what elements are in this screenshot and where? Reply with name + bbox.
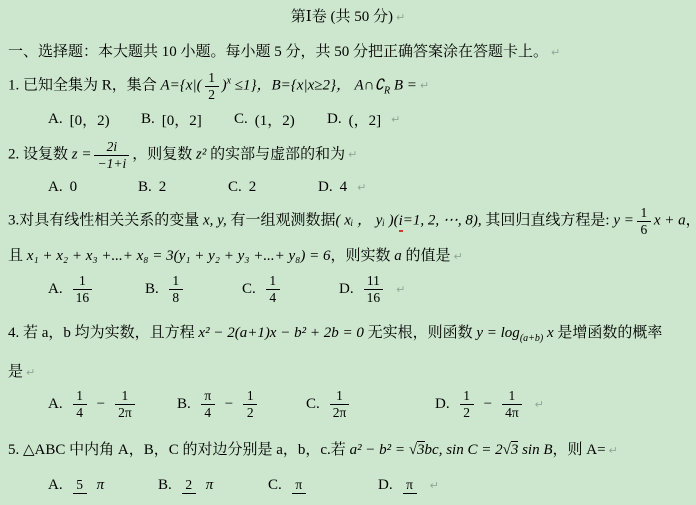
option-label: A. bbox=[48, 281, 63, 298]
option-label: C. bbox=[306, 396, 320, 413]
z-squared: z² bbox=[196, 146, 206, 162]
paragraph-mark-icon: ↵ bbox=[454, 250, 463, 263]
minus-sign: − bbox=[97, 396, 105, 413]
paragraph-mark-icon: ↵ bbox=[396, 283, 405, 296]
question-3-stem-line-2: 且 x₁ + x₂ + x₃ +...+ x₈ = 3(y₁ + y₂ + y₃… bbox=[8, 244, 688, 265]
option-label: B. bbox=[145, 281, 159, 298]
option-a: A.5π bbox=[48, 477, 158, 494]
option-c: C.2 bbox=[228, 179, 318, 196]
radical-icon: √ bbox=[409, 442, 417, 458]
exam-page: 第Ⅰ卷 (共 50 分)↵ 一、选择题：本大题共 10 小题。每小题 5 分，共… bbox=[0, 0, 696, 494]
paragraph-mark-icon: ↵ bbox=[396, 11, 405, 24]
question-3-options: A.116 B.18 C.14 D.1116↵ bbox=[48, 273, 688, 305]
option-text: 2 bbox=[159, 179, 167, 196]
option-text: 4 bbox=[340, 179, 348, 196]
radical-icon: √ bbox=[503, 442, 511, 458]
fraction: 12 bbox=[243, 388, 257, 420]
option-d: D.4↵ bbox=[318, 179, 408, 196]
option-label: D. bbox=[327, 111, 342, 128]
option-label: D. bbox=[339, 281, 354, 298]
paragraph-mark-icon: ↵ bbox=[357, 181, 366, 194]
minus-sign: − bbox=[484, 396, 492, 413]
option-c: C.π bbox=[268, 477, 378, 494]
option-label: A. bbox=[48, 396, 63, 413]
option-b: B.2π bbox=[158, 477, 268, 494]
log-function: y = log bbox=[476, 325, 519, 341]
fraction-clipped: π bbox=[403, 477, 417, 494]
option-label: C. bbox=[242, 281, 256, 298]
heading-text: 一、选择题：本大题共 10 小题。每小题 5 分，共 50 分把正确答案涂在答题… bbox=[8, 44, 548, 60]
option-d: D.(，2]↵ bbox=[327, 109, 420, 130]
fraction: 1116 bbox=[364, 273, 384, 305]
question-4-options: A.14−12π B.π4−12 C.12π D.12−14π↵ bbox=[48, 388, 688, 420]
q3-text: 3.对具有线性相关关系的变量 bbox=[8, 213, 203, 229]
option-b: B.2 bbox=[138, 179, 228, 196]
paragraph-mark-icon: ↵ bbox=[348, 148, 357, 161]
option-label: D. bbox=[378, 477, 393, 494]
paragraph-mark-icon: ↵ bbox=[535, 398, 544, 411]
option-text: [0，2) bbox=[70, 109, 110, 130]
q5-text: 5. △ABC 中内角 A，B，C 的对边分别是 a，b，c. bbox=[8, 442, 331, 458]
option-text: 0 bbox=[70, 179, 78, 196]
q1-set-a: A={x|( bbox=[161, 77, 202, 93]
paragraph-mark-icon: ↵ bbox=[551, 46, 560, 59]
q4-text: 4. 若 a，b 均为实数，且方程 bbox=[8, 325, 198, 341]
option-d: D.π↵ bbox=[378, 477, 488, 494]
fraction: 12 bbox=[460, 388, 474, 420]
sum-equation: x₁ + x₂ + x₃ +...+ x₈ = 3(y₁ + y₂ + y₃ +… bbox=[27, 248, 331, 264]
question-5-stem: 5. △ABC 中内角 A，B，C 的对边分别是 a，b，c.若 a² − b²… bbox=[8, 438, 688, 459]
option-label: C. bbox=[234, 111, 248, 128]
q1-text: 1. 已知全集为 R，集合 bbox=[8, 77, 161, 93]
option-b: B.18 bbox=[145, 273, 242, 305]
paragraph-mark-icon: ↵ bbox=[391, 113, 400, 126]
option-text: (，2] bbox=[349, 109, 382, 130]
option-text: [0，2] bbox=[162, 109, 202, 130]
section-heading: 一、选择题：本大题共 10 小题。每小题 5 分，共 50 分把正确答案涂在答题… bbox=[8, 40, 688, 61]
question-1-options: A.[0，2) B.[0，2] C.(1，2) D.(，2]↵ bbox=[48, 109, 688, 130]
paragraph-mark-icon: ↵ bbox=[609, 444, 618, 457]
option-label: B. bbox=[138, 179, 152, 196]
fraction-one-sixth: 16 bbox=[637, 205, 651, 237]
q1-set-b: B={x|x≥2}， bbox=[272, 77, 355, 93]
fraction: 14 bbox=[266, 273, 280, 305]
option-label: A. bbox=[48, 477, 63, 494]
question-3-stem-line-1: 3.对具有线性相关关系的变量 x, y, 有一组观测数据( xᵢ ， yᵢ )(… bbox=[8, 205, 688, 237]
q1-complement-expr: A∩∁ bbox=[354, 77, 384, 93]
option-c: C.14 bbox=[242, 273, 339, 305]
observation-pairs: ( xᵢ ， yᵢ )( bbox=[336, 213, 399, 229]
title-text: 第Ⅰ卷 (共 50 分) bbox=[291, 9, 393, 25]
fraction-clipped: 2 bbox=[182, 477, 196, 494]
option-label: D. bbox=[318, 179, 333, 196]
fraction: 18 bbox=[169, 273, 183, 305]
fraction: 14 bbox=[73, 388, 87, 420]
question-5-options: A.5π B.2π C.π D.π↵ bbox=[48, 477, 688, 494]
option-label: C. bbox=[268, 477, 282, 494]
option-a: A.14−12π bbox=[48, 388, 177, 420]
option-c: C.(1，2) bbox=[234, 109, 327, 130]
log-base: (a+b) bbox=[520, 333, 543, 344]
option-label: C. bbox=[228, 179, 242, 196]
option-text: 2 bbox=[249, 179, 257, 196]
option-label: A. bbox=[48, 111, 63, 128]
minus-sign: − bbox=[225, 396, 233, 413]
quadratic-equation: x² − 2(a+1)x − b² + 2b = 0 bbox=[198, 325, 363, 341]
fraction: 14π bbox=[502, 388, 522, 420]
option-label: A. bbox=[48, 179, 63, 196]
question-2-options: A.0 B.2 C.2 D.4↵ bbox=[48, 179, 688, 196]
paragraph-mark-icon: ↵ bbox=[420, 79, 429, 92]
fraction-clipped: π bbox=[292, 477, 306, 494]
q2-text: 2. 设复数 bbox=[8, 146, 72, 162]
question-4-stem-line-2: 是↵ bbox=[8, 360, 688, 381]
pi-symbol: π bbox=[97, 477, 105, 494]
paragraph-mark-icon: ↵ bbox=[26, 366, 35, 379]
fraction: π4 bbox=[201, 388, 215, 420]
pi-symbol: π bbox=[206, 477, 214, 494]
option-a: A.0 bbox=[48, 179, 138, 196]
fraction: 12π bbox=[330, 388, 350, 420]
paragraph-mark-icon: ↵ bbox=[430, 479, 439, 492]
question-2-stem: 2. 设复数 z =2i−1+i，则复数 z² 的实部与虚部的和为↵ bbox=[8, 139, 688, 171]
option-d: D.1116↵ bbox=[339, 273, 436, 305]
option-b: B.[0，2] bbox=[141, 109, 234, 130]
fraction: 12π bbox=[115, 388, 135, 420]
option-c: C.12π bbox=[306, 388, 435, 420]
fraction-one-half: 12 bbox=[205, 70, 219, 102]
fraction: 116 bbox=[73, 273, 93, 305]
option-b: B.π4−12 bbox=[177, 388, 306, 420]
option-label: B. bbox=[177, 396, 191, 413]
option-a: A.116 bbox=[48, 273, 145, 305]
fraction-clipped: 5 bbox=[73, 477, 87, 494]
option-label: D. bbox=[435, 396, 450, 413]
option-text: (1，2) bbox=[255, 109, 295, 130]
page-title: 第Ⅰ卷 (共 50 分)↵ bbox=[8, 5, 688, 26]
question-1-stem: 1. 已知全集为 R，集合 A={x|(12)x ≤1}，B={x|x≥2}， … bbox=[8, 70, 688, 102]
radicand-3: 3 bbox=[417, 441, 425, 458]
option-d: D.12−14π↵ bbox=[435, 388, 564, 420]
option-a: A.[0，2) bbox=[48, 109, 141, 130]
option-label: B. bbox=[141, 111, 155, 128]
question-4-stem-line-1: 4. 若 a，b 均为实数，且方程 x² − 2(a+1)x − b² + 2b… bbox=[8, 321, 688, 342]
option-label: B. bbox=[158, 477, 172, 494]
fraction-complex: 2i−1+i bbox=[94, 139, 129, 171]
